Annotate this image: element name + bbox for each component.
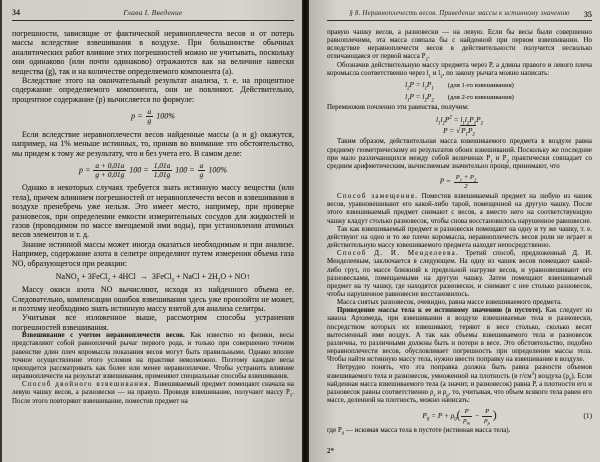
paragraph-lead: Приведение массы тела к ее истинному зна… bbox=[337, 307, 542, 314]
formula-note: (для 1-го взвешивания) bbox=[448, 82, 514, 89]
chemical-equation: NaNO3 + 3FeCl2 + 4HCl → 3FeCl3 + NaCl + … bbox=[12, 272, 294, 281]
paragraph: Однако в некоторых случаях требуется зна… bbox=[12, 183, 294, 239]
paragraph-text: Однако в некоторых случаях требуется зна… bbox=[12, 183, 294, 239]
right-running-title: § 8. Неравноплечесть весов. Приведение м… bbox=[327, 10, 592, 17]
fraction: ag bbox=[198, 162, 206, 179]
paragraph-text: Если вследствие неравноплечести весов на… bbox=[12, 130, 294, 158]
paragraph: Знание истинной массы может иногда оказа… bbox=[12, 240, 294, 268]
formula-text: l2P = l1P1 bbox=[405, 80, 434, 89]
book-spread: 34 Глава I. Введение погрешности, завися… bbox=[0, 0, 600, 462]
fraction: ag bbox=[146, 108, 154, 125]
paragraph-lead: Способ двойного взвешивания. bbox=[22, 381, 152, 388]
paragraph: Так как взвешиваемый предмет и разновеск… bbox=[327, 226, 592, 250]
left-page-number: 34 bbox=[12, 8, 20, 17]
left-running-title: Глава I. Введение bbox=[12, 8, 294, 17]
fraction: P1 + P22 bbox=[454, 174, 479, 190]
formula-text: p = bbox=[131, 112, 144, 121]
paragraph: Массу окиси азота NO вычисляют, исходя и… bbox=[12, 285, 294, 313]
formula-text: 100% bbox=[154, 112, 175, 121]
left-page-header: 34 Глава I. Введение bbox=[12, 8, 294, 21]
paragraph: Если вследствие неравноплечести весов на… bbox=[12, 130, 294, 158]
paragraph-lead: Способ Д. И. Менделеева. bbox=[337, 250, 459, 257]
paragraph-text: где P0 — искомая масса тела в пустоте (и… bbox=[327, 427, 510, 434]
right-page: § 8. Неравноплечесть весов. Приведение м… bbox=[309, 0, 600, 462]
paragraph: где P0 — искомая масса тела в пустоте (и… bbox=[327, 427, 592, 435]
left-page: 34 Глава I. Введение погрешности, завися… bbox=[0, 0, 302, 462]
paragraph-text: Массу окиси азота NO вычисляют, исходя и… bbox=[12, 285, 294, 313]
fraction: a + 0,01ag + 0,01g bbox=[93, 162, 126, 179]
paragraph-text: правую чашку весов, а разновески — на ле… bbox=[327, 29, 592, 60]
formula-text: NaNO3 + 3FeCl2 + 4HCl → 3FeCl3 + NaCl + … bbox=[56, 272, 250, 281]
formula-text: ) bbox=[493, 410, 497, 422]
paragraph-text: Таким образом, действительная масса взве… bbox=[327, 138, 592, 169]
paragraph: Нетрудно понять, что эта поправка должна… bbox=[327, 364, 592, 405]
fraction: 1,01a1,01g bbox=[152, 162, 173, 179]
fraction: Pρт bbox=[461, 408, 471, 424]
paragraph: Приведение массы тела к ее истинному зна… bbox=[327, 307, 592, 364]
formula: p = ag 100% bbox=[12, 108, 294, 125]
signature-mark: 2* bbox=[327, 447, 334, 455]
paragraph: Учитывая все изложенное выше, рассмотрим… bbox=[12, 313, 294, 332]
left-page-body: погрешности, зависящие от фактической не… bbox=[12, 29, 294, 406]
formula-text: l1l2P2 = l1l2P1P2 bbox=[436, 115, 483, 124]
formula: l1l2P2 = l1l2P1P2 bbox=[327, 116, 592, 124]
formula-text: 100 = bbox=[127, 166, 150, 175]
right-page-header: § 8. Неравноплечесть весов. Приведение м… bbox=[327, 10, 592, 21]
formula-text: − bbox=[473, 411, 482, 420]
formula-text: 100% bbox=[206, 166, 227, 175]
formula-text: l1P = l2P2 bbox=[405, 92, 434, 101]
formula-text: p = bbox=[79, 166, 92, 175]
paragraph-lead: Способ замещения. bbox=[337, 193, 418, 200]
paragraph-text: Обозначив действительную массу предмета … bbox=[327, 62, 592, 77]
paragraph: Способ Д. И. Менделеева. Третий способ, … bbox=[327, 250, 592, 299]
fraction: Pρр bbox=[482, 408, 491, 424]
formula: P = P1 + P22 bbox=[327, 174, 592, 190]
formula-note: (для 2-го взвешивания) bbox=[448, 94, 514, 101]
paragraph-text: Как известно из физики, весы представляю… bbox=[12, 332, 294, 380]
paragraph: правую чашку весов, а разновески — на ле… bbox=[327, 29, 592, 62]
formula: l2P = l1P1(для 1-го взвешивания) bbox=[327, 81, 592, 90]
paragraph: Взвешивание с учетом неравноплечести вес… bbox=[12, 332, 294, 381]
paragraph-text: Перемножив почленно эти равенства, получ… bbox=[327, 104, 469, 111]
paragraph: Перемножив почленно эти равенства, получ… bbox=[327, 104, 592, 112]
paragraph-lead: Взвешивание с учетом неравноплечести вес… bbox=[22, 332, 185, 339]
paragraph-text: Так как взвешиваемый предмет и разновеск… bbox=[327, 226, 592, 249]
paragraph-text: Масса снятых разновесок, очевидно, равна… bbox=[337, 299, 562, 306]
formula: P = √P1P2 bbox=[327, 127, 592, 135]
paragraph: Обозначив действительную массу предмета … bbox=[327, 62, 592, 78]
equation-number: (1) bbox=[583, 412, 592, 420]
paragraph: Таким образом, действительная масса взве… bbox=[327, 138, 592, 171]
formula: p = a + 0,01ag + 0,01g 100 = 1,01a1,01g … bbox=[12, 162, 294, 179]
formula-text: P = bbox=[440, 177, 453, 186]
formula-text: ( bbox=[457, 410, 461, 422]
paragraph: Способ замещения. Поместив взвешиваемый … bbox=[327, 193, 592, 226]
paragraph-text: Нетрудно понять, что эта поправка должна… bbox=[327, 364, 592, 404]
paragraph: Способ двойного взвешивания. Взвешиваемы… bbox=[12, 381, 294, 405]
paragraph: Вследствие этого на окончательный резуль… bbox=[12, 76, 294, 104]
right-page-body: правую чашку весов, а разновески — на ле… bbox=[327, 29, 592, 435]
paragraph-text: Знание истинной массы может иногда оказа… bbox=[12, 240, 294, 268]
paragraph-text: Как следует из закона Архимеда, при взве… bbox=[327, 307, 592, 363]
paragraph: погрешности, зависящие от фактической не… bbox=[12, 29, 294, 76]
formula-text: P0 = P + ρ0 bbox=[422, 411, 456, 420]
square-root: √P1P2 bbox=[456, 125, 476, 135]
formula-text: P = bbox=[443, 126, 456, 135]
paragraph-text: Третий способ, предложенный Д. И. Мендел… bbox=[327, 250, 592, 298]
paragraph-text: Учитывая все изложенное выше, рассмотрим… bbox=[12, 313, 294, 331]
right-page-number: 35 bbox=[584, 10, 592, 19]
formula-text: 100 = bbox=[173, 166, 196, 175]
formula: P0 = P + ρ0(Pρт − Pρр)(1) bbox=[327, 408, 592, 424]
paragraph-text: Вследствие этого на окончательный резуль… bbox=[12, 76, 294, 104]
book-binding bbox=[302, 0, 309, 462]
paragraph-text: погрешности, зависящие от фактической не… bbox=[12, 29, 294, 76]
formula: l1P = l2P2(для 2-го взвешивания) bbox=[327, 93, 592, 102]
